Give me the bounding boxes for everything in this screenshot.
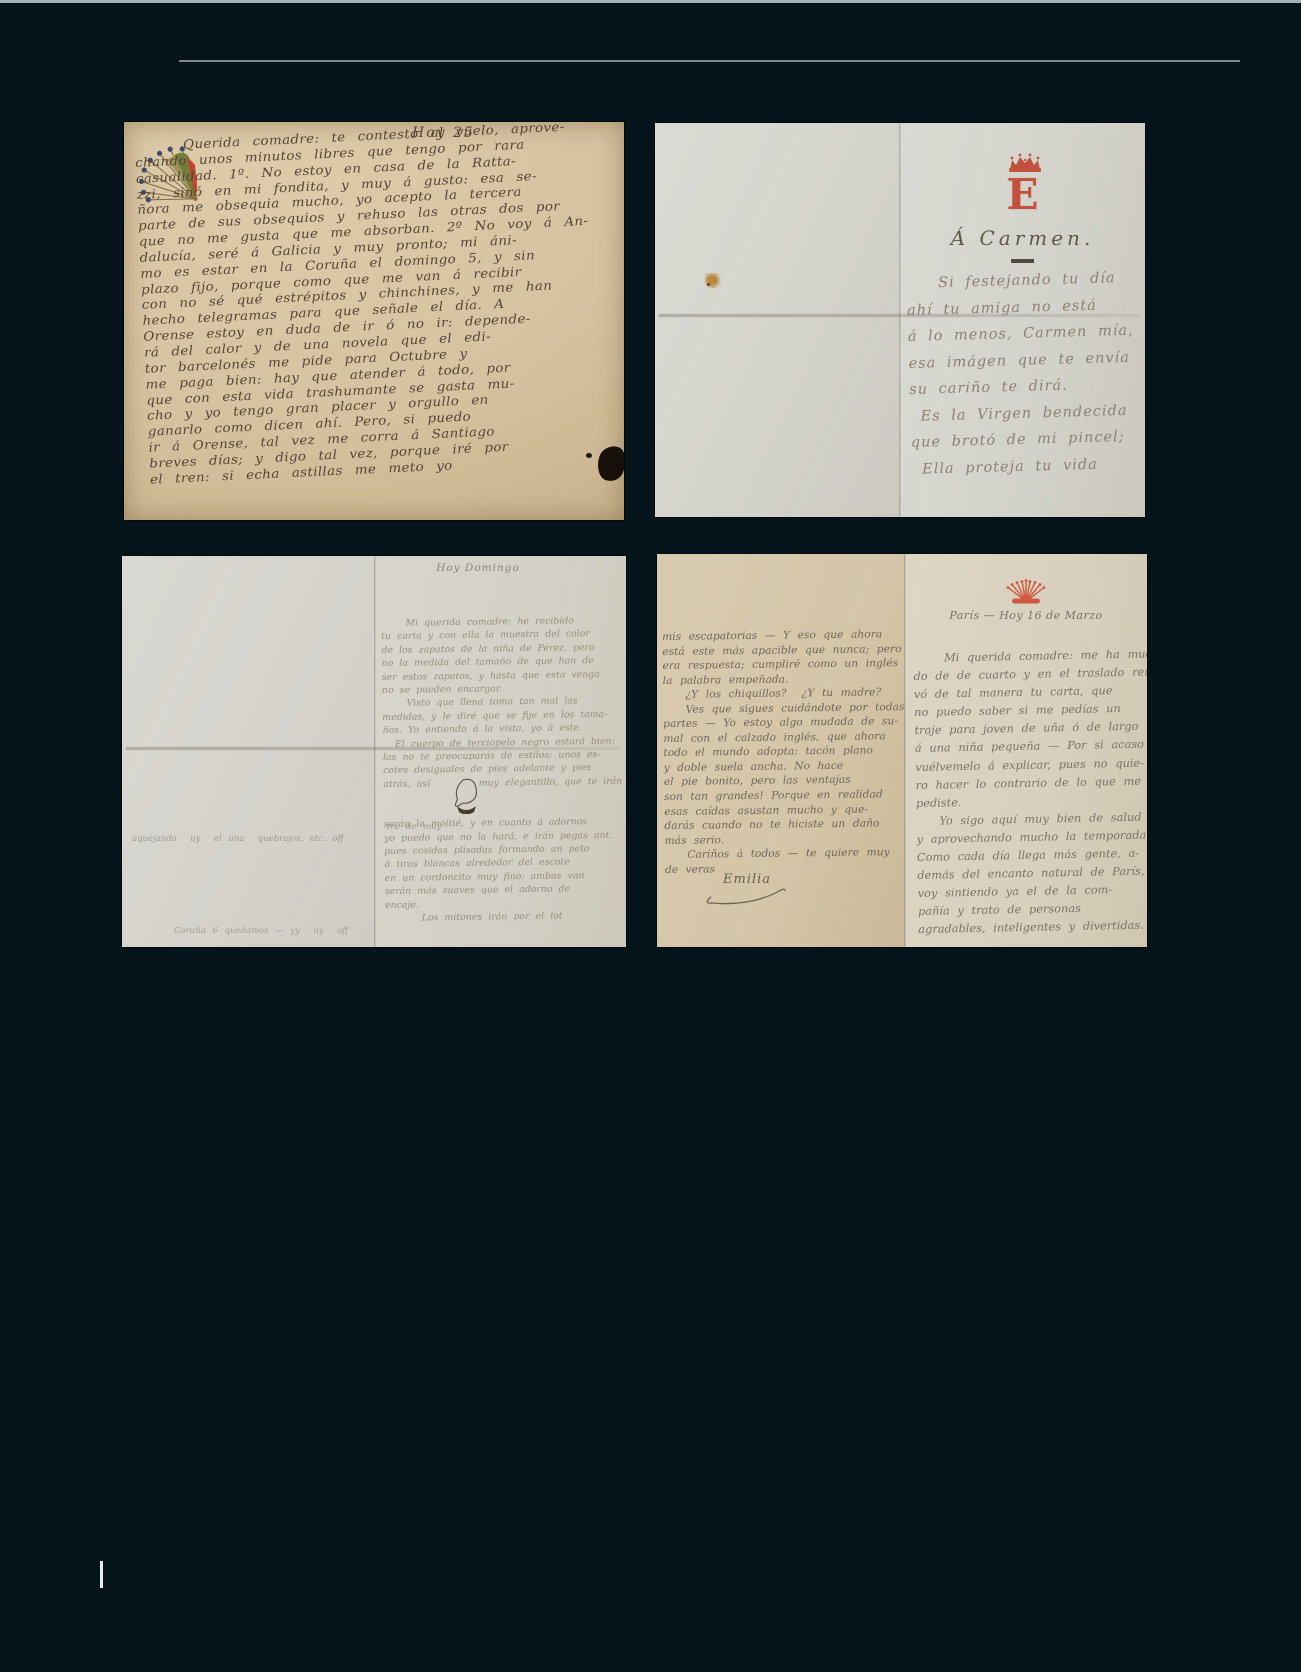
fold-line [374,556,377,947]
handwriting-line: darás cuando no te hiciste un daño [664,816,913,834]
signature-flourish [701,887,787,905]
handwriting-line: son tan grandes! Porque en realidad [664,787,913,805]
letter-photo-a-carmen: E Á Carmen. Si festejando tu díaahí tu a… [655,123,1145,517]
letter-date: Hoy Domingo [383,562,573,574]
paper-stain [705,273,721,291]
show-through-footer: Coruña 6 quedamos — yy uy off [174,926,348,936]
blank-page [655,123,900,517]
dedication-heading: Á Carmen. [900,226,1145,250]
crown-icon [1003,579,1049,606]
signature: Emilia [723,872,771,887]
poem-body: Si festejando tu díaahí tu amiga no está… [906,264,1145,483]
faint-line: aquejando uy el una quebrajos, etc. off [132,834,362,846]
handwriting-line: de veras [665,860,914,878]
heading-underline [1011,259,1034,263]
faint-line: tra de muy [132,822,362,834]
letter-date: París — Hoy 16 de Marzo [905,609,1147,622]
letter-photo-16-marzo: mis escapatorias — Y eso que ahoraestá e… [657,554,1147,947]
header-rule [179,60,1240,62]
left-margin-tick [100,1561,103,1588]
head-profile-sketch [453,777,480,814]
handwriting-line: era respuesta; cumpliré como un inglés [662,656,911,674]
letter-body: Mi querida comadre: he recibidotu carta … [381,614,626,926]
ink-speck [586,453,592,458]
letter-body: Querida comadre: te contesto al vuelo, a… [134,122,624,487]
letter-photo-hoy-domingo: Hoy Domingo Mi querida comadre: he recib… [122,556,626,947]
book-page: Hoy 25 Querida comadre: te contesto al v… [0,0,1301,1672]
page-top-edge [0,0,1301,3]
letter-body-left: mis escapatorias — Y eso que ahoraestá e… [662,627,914,877]
handwriting-line: Cariños á todos — te quiere muy [665,845,914,863]
letter-photo-hoy-25: Hoy 25 Querida comadre: te contesto al v… [124,122,624,520]
letter-body-right: Mi querida comadre: me ha muda-do de de … [913,645,1147,939]
show-through-text: tra de muyaquejando uy el una quebrajos,… [132,822,362,845]
blank-page [122,556,375,947]
monogram-e: E [900,172,1145,218]
